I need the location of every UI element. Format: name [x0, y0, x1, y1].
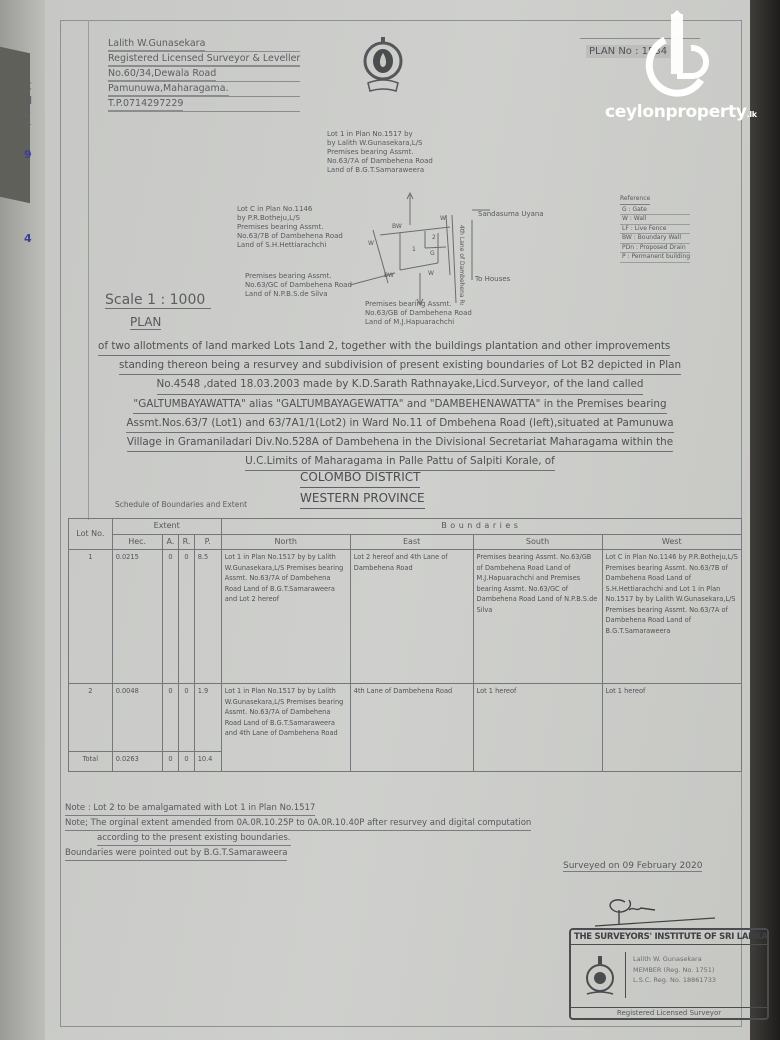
- header-extent: Extent: [112, 519, 221, 535]
- cell-total-hec: 0.0263: [112, 752, 162, 772]
- margin-mark: T: [24, 122, 32, 136]
- margin-mark: 9: [24, 148, 32, 162]
- schedule-title: Schedule of Boundaries and Extent: [115, 500, 247, 509]
- cell-north: Lot 1 in Plan No.1517 by by Lalith W.Gun…: [221, 550, 350, 684]
- margin-mark: 4: [24, 232, 32, 246]
- header-hec: Hec.: [112, 534, 162, 550]
- notes-block: Note : Lot 2 to be amalgamated with Lot …: [65, 801, 531, 861]
- cell-west: Lot 1 hereof: [602, 684, 741, 772]
- sketch-west-label: Lot C in Plan No.1146by P.R.Botheju,L/SP…: [237, 205, 343, 250]
- surveyed-date: Surveyed on 09 February 2020: [563, 861, 702, 872]
- boundaries-extent-table: Lot No. Extent Boundaries Hec. A. R. P. …: [68, 518, 742, 772]
- header-west: West: [602, 534, 741, 550]
- description-line: of two allotments of land marked Lots 1a…: [98, 337, 670, 356]
- reference-title: Reference: [620, 195, 650, 205]
- cell-west: Lot C in Plan No.1146 by P.R.Botheju,L/S…: [602, 550, 741, 684]
- cell-r: 0: [179, 684, 194, 752]
- cell-lot: 1: [69, 550, 113, 684]
- description-line: standing thereon being a resurvey and su…: [119, 356, 681, 375]
- reference-item: BW : Boundary Wall: [620, 234, 690, 244]
- surveyor-address-1: No.60/34,Dewala Road: [108, 67, 216, 81]
- header-boundaries: Boundaries: [221, 519, 741, 535]
- svg-text:W: W: [428, 270, 434, 277]
- cell-p: 1.9: [194, 684, 221, 752]
- svg-text:W: W: [440, 215, 446, 222]
- header-south: South: [473, 534, 602, 550]
- svg-text:BW: BW: [392, 223, 402, 230]
- reference-item: G : Gate: [620, 206, 690, 216]
- svg-text:G: G: [430, 250, 435, 257]
- surveyor-institute-stamp: THE SURVEYORS' INSTITUTE OF SRI LANKA La…: [569, 928, 769, 1020]
- stamp-line: MEMBER (Reg. No. 1751): [633, 965, 716, 976]
- cell-east: 4th Lane of Dambehena Road: [350, 684, 473, 772]
- ceylonproperty-watermark: ceylonproperty.lk: [605, 10, 765, 130]
- svg-text:2: 2: [432, 234, 436, 241]
- cell-r: 0: [179, 550, 194, 684]
- reference-item: W : Wall: [620, 215, 690, 225]
- cell-south: Premises bearing Assmt. No.63/GB of Damb…: [473, 550, 602, 684]
- header-east: East: [350, 534, 473, 550]
- cell-south: Lot 1 hereof: [473, 684, 602, 772]
- stamp-footer: Registered Licensed Surveyor: [571, 1007, 767, 1018]
- location-sketch: 1 2 BWWW GBWW 4th Lane of Dambehena Road: [340, 185, 500, 305]
- stamp-line: L.S.C. Reg. No. 18861733: [633, 975, 716, 986]
- district: COLOMBO DISTRICT: [300, 467, 420, 488]
- cell-total-label: Total: [69, 752, 113, 772]
- reference-item: LF : Live Fence: [620, 225, 690, 235]
- note-line: Note; The orginal extent amended from 0A…: [65, 816, 531, 831]
- header-a: A.: [162, 534, 179, 550]
- cell-lot: 2: [69, 684, 113, 752]
- table-row: 2 0.0048 0 0 1.9 Lot 1 in Plan No.1517 b…: [69, 684, 742, 752]
- cell-a: 0: [162, 684, 179, 752]
- stamp-line: Lalith W. Gunasekara: [633, 954, 716, 965]
- header-north: North: [221, 534, 350, 550]
- note-line: according to the present existing bounda…: [97, 831, 291, 846]
- plan-description: of two allotments of land marked Lots 1a…: [70, 337, 730, 471]
- background-edge: [750, 0, 780, 1040]
- surveyor-name: Lalith W.Gunasekara: [108, 37, 205, 51]
- description-line: Village in Gramaniladari Div.No.528A of …: [127, 433, 673, 452]
- reference-item: P : Permanent building: [620, 253, 690, 263]
- header-p: P.: [194, 534, 221, 550]
- plan-heading: PLAN: [130, 315, 161, 330]
- surveyor-emblem-icon: [360, 35, 406, 97]
- ceylonproperty-logo-icon: [605, 10, 725, 102]
- stamp-details: Lalith W. Gunasekara MEMBER (Reg. No. 17…: [633, 954, 716, 986]
- stamp-header: THE SURVEYORS' INSTITUTE OF SRI LANKA: [571, 930, 767, 945]
- stamp-emblem-icon: [575, 952, 626, 998]
- province: WESTERN PROVINCE: [300, 488, 425, 509]
- cell-total-a: 0: [162, 752, 179, 772]
- svg-text:BW: BW: [384, 272, 394, 279]
- watermark-text: ceylonproperty.lk: [605, 102, 757, 122]
- header-r: R.: [179, 534, 194, 550]
- cell-north: Lot 1 in Plan No.1517 by by Lalith W.Gun…: [221, 684, 350, 772]
- sketch-southwest-label: Premises bearing Assmt.No.63/GC of Dambe…: [245, 272, 352, 299]
- description-line: "GALTUMBAYAWATTA" alias "GALTUMBAYAGEWAT…: [133, 395, 666, 414]
- sketch-north-label: Lot 1 in Plan No.1517 byby Lalith W.Guna…: [327, 130, 433, 175]
- cell-a: 0: [162, 550, 179, 684]
- svg-text:4th Lane of Dambehena Road: 4th Lane of Dambehena Road: [458, 225, 465, 305]
- surveyor-address-2: Pamunuwa,Maharagama.: [108, 82, 229, 96]
- cell-total-p: 10.4: [194, 752, 221, 772]
- svg-text:W: W: [368, 240, 374, 247]
- cell-total-r: 0: [179, 752, 194, 772]
- margin-mark: P: [24, 108, 32, 122]
- table-row: 1 0.0215 0 0 8.5 Lot 1 in Plan No.1517 b…: [69, 550, 742, 684]
- svg-text:1: 1: [412, 246, 416, 253]
- cell-hec: 0.0215: [112, 550, 162, 684]
- cell-hec: 0.0048: [112, 684, 162, 752]
- district-block: COLOMBO DISTRICT WESTERN PROVINCE: [300, 467, 425, 509]
- description-line: Assmt.Nos.63/7 (Lot1) and 63/7A1/1(Lot2)…: [126, 414, 673, 433]
- note-line: Note : Lot 2 to be amalgamated with Lot …: [65, 801, 315, 816]
- header-lot-no: Lot No.: [69, 519, 113, 550]
- surveyor-title: Registered Licensed Surveyor & Leveller: [108, 52, 300, 66]
- margin-marks: C N P T 9 4: [24, 80, 32, 246]
- scale-label: Scale 1 : 1000: [105, 292, 211, 309]
- note-line: Boundaries were pointed out by B.G.T.Sam…: [65, 846, 287, 861]
- description-line: No.4548 ,dated 18.03.2003 made by K.D.Sa…: [157, 375, 644, 394]
- reference-legend: Reference G : Gate W : Wall LF : Live Fe…: [620, 195, 690, 263]
- surveyor-header: Lalith W.Gunasekara Registered Licensed …: [108, 37, 300, 112]
- margin-mark: N: [24, 94, 32, 108]
- cell-p: 8.5: [194, 550, 221, 684]
- cell-east: Lot 2 hereof and 4th Lane of Dambehena R…: [350, 550, 473, 684]
- margin-mark: C: [24, 80, 32, 94]
- signature-icon: [585, 888, 725, 928]
- surveyor-phone: T.P.0714297229: [108, 97, 183, 111]
- reference-item: PDn : Proposed Drain: [620, 244, 690, 254]
